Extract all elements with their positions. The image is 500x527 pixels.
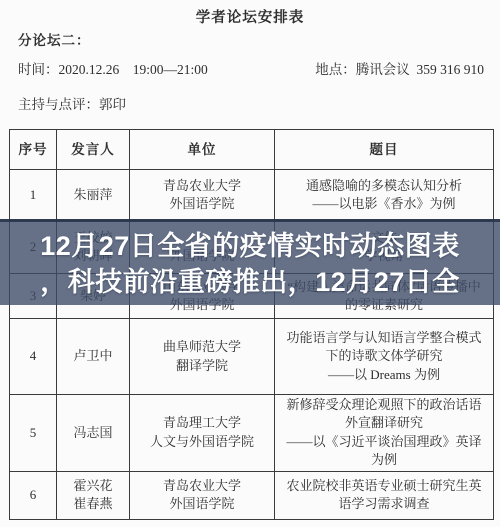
speaker-cell: 朱丽萍 [57,170,130,221]
header-speaker: 发言人 [57,130,130,170]
table-header-row: 序号 发言人 单位 题目 [10,130,494,170]
subforum-label: 分论坛二： [18,29,91,49]
unit-cell: 青岛理工大学人文与外国语学院 [130,395,275,472]
table-row: 1 朱丽萍 青岛农业大学外国语学院 通感隐喻的多模态认知分析——以电影《香水》为… [10,170,494,221]
header-seq: 序号 [10,130,57,170]
host-label: 主持与点评：郭印 [18,93,126,113]
table-row: 5 冯志国 青岛理工大学人文与外国语学院 新修辞受众理论观照下的政治话语外宣翻译… [10,395,494,472]
schedule-table: 序号 发言人 单位 题目 1 朱丽萍 青岛农业大学外国语学院 通感隐喻的多模态认… [9,129,494,520]
table-row: 6 霍兴花崔春燕 青岛农业大学外国语学院 农业院校非英语专业硕士研究生英语学习需… [10,471,494,519]
speaker-cell: 冯志国 [57,395,130,472]
document-title: 学者论坛安排表 [0,6,500,27]
title-cell: 农业院校非英语专业硕士研究生英语学习需求调查 [275,471,494,519]
seq-cell: 6 [10,471,57,519]
seq-cell: 1 [10,170,57,221]
title-cell: 通感隐喻的多模态认知分析——以电影《香水》为例 [275,170,494,221]
title-cell: 功能语言学与认知语言学整合模式下的诗歌文体学研究——以 Dreams 为例 [275,319,494,395]
seq-cell: 4 [10,319,57,395]
speaker-cell: 卢卫中 [57,319,130,395]
unit-cell: 青岛农业大学外国语学院 [130,471,275,519]
unit-cell: 青岛农业大学外国语学院 [130,170,275,221]
promo-overlay-banner: 12月27日全省的疫情实时动态图表 ，科技前沿重磅推出，12月27日全 [0,219,500,305]
header-unit: 单位 [130,130,275,170]
overlay-text-line2: ，科技前沿重磅推出，12月27日全 [40,264,460,300]
overlay-text-line1: 12月27日全省的疫情实时动态图表 [40,228,460,264]
title-cell: 新修辞受众理论观照下的政治话语外宣翻译研究——以《习近平谈治国理政》英译为例 [275,395,494,472]
meta-row: 时间：2020.12.26 19:00—21:00 地点：腾讯会议 359 31… [18,58,484,78]
time-label: 时间：2020.12.26 19:00—21:00 [18,58,208,78]
header-title: 题目 [275,130,494,170]
seq-cell: 5 [10,395,57,472]
location-label: 地点：腾讯会议 359 316 910 [315,58,484,78]
table-row: 4 卢卫中 曲阜师范大学翻译学院 功能语言学与认知语言学整合模式下的诗歌文体学研… [10,319,494,395]
speaker-cell: 霍兴花崔春燕 [57,471,130,519]
unit-cell: 曲阜师范大学翻译学院 [130,319,275,395]
